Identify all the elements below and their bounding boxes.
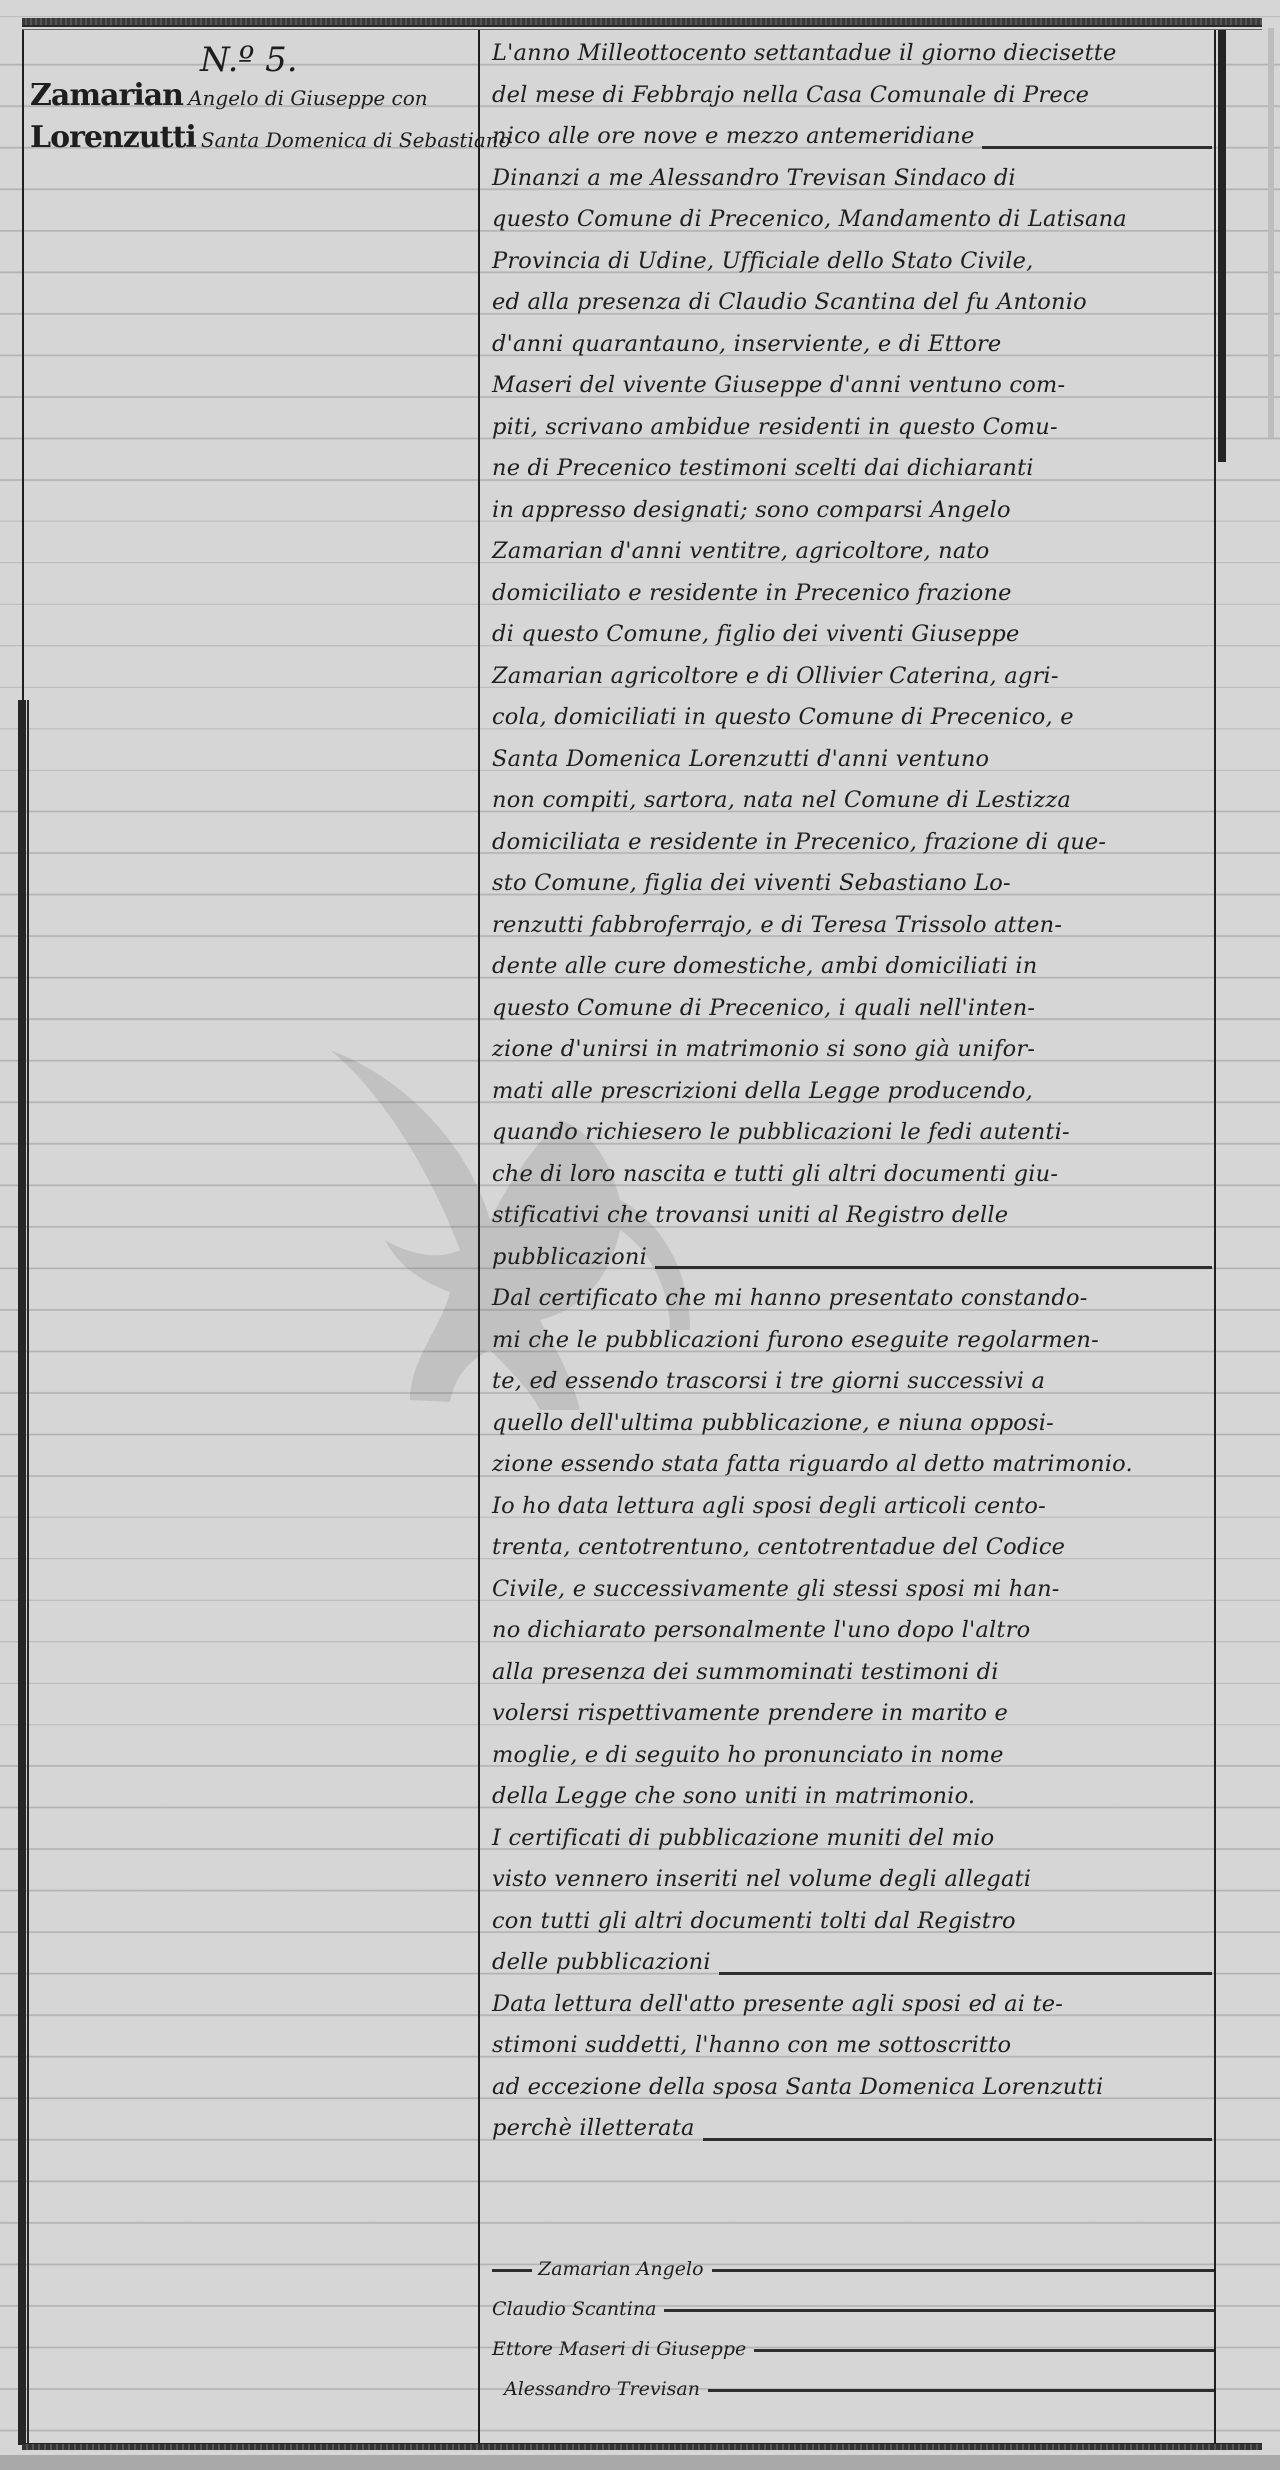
top-border-rule <box>22 18 1262 27</box>
text-line-content: sto Comune, figlia dei viventi Sebastian… <box>492 863 1011 905</box>
text-line: d'anni quarantauno, inserviente, e di Et… <box>492 324 1212 366</box>
text-line-content: quello dell'ultima pubblicazione, e niun… <box>492 1403 1054 1445</box>
text-line-content: zione essendo stata fatta riguardo al de… <box>492 1444 1133 1486</box>
signature-name: Ettore Maseri di Giuseppe <box>492 2338 746 2360</box>
text-line: Santa Domenica Lorenzutti d'anni ventuno <box>492 739 1212 781</box>
text-line: questo Comune di Precenico, Mandamento d… <box>492 199 1212 241</box>
text-line: Zamarian agricoltore e di Ollivier Cater… <box>492 656 1212 698</box>
text-line-content: in appresso designati; sono comparsi Ang… <box>492 490 1011 532</box>
groom-surname: Zamarian <box>30 78 183 113</box>
text-line-content: Dal certificato che mi hanno presentato … <box>492 1278 1088 1320</box>
text-line-content: piti, scrivano ambidue residenti in ques… <box>492 407 1058 449</box>
signature-name: Claudio Scantina <box>492 2298 656 2320</box>
text-line-content: Data lettura dell'atto presente agli spo… <box>492 1984 1063 2026</box>
text-line-content: L'anno Milleottocento settantadue il gio… <box>492 33 1117 75</box>
text-line: visto vennero inseriti nel volume degli … <box>492 1859 1212 1901</box>
register-page: N.º 5. Zamarian Angelo di Giuseppe con L… <box>0 0 1280 2455</box>
top-border-thin-rule <box>22 29 1262 30</box>
left-margin-line <box>22 30 24 700</box>
text-line: cola, domiciliati in questo Comune di Pr… <box>492 697 1212 739</box>
text-line: mi che le pubblicazioni furono eseguite … <box>492 1320 1212 1362</box>
signature-rule <box>712 2269 1214 2272</box>
text-line-content: visto vennero inseriti nel volume degli … <box>492 1859 1031 1901</box>
marriage-act-text: L'anno Milleottocento settantadue il gio… <box>492 33 1212 2150</box>
page-edge <box>1268 28 1274 438</box>
text-line-content: che di loro nascita e tutti gli altri do… <box>492 1154 1058 1196</box>
text-line: no dichiarato personalmente l'uno dopo l… <box>492 1610 1212 1652</box>
text-line-content: no dichiarato personalmente l'uno dopo l… <box>492 1610 1030 1652</box>
text-line: Io ho data lettura agli sposi degli arti… <box>492 1486 1212 1528</box>
text-line-content: questo Comune di Precenico, i quali nell… <box>492 988 1035 1030</box>
text-line-content: Zamarian d'anni ventitre, agricoltore, n… <box>492 531 989 573</box>
text-line: ad eccezione della sposa Santa Domenica … <box>492 2067 1212 2109</box>
text-line: mati alle prescrizioni della Legge produ… <box>492 1071 1212 1113</box>
text-line: domiciliato e residente in Precenico fra… <box>492 573 1212 615</box>
text-line-content: volersi rispettivamente prendere in mari… <box>492 1693 1008 1735</box>
signature-line: Claudio Scantina <box>492 2280 1214 2320</box>
text-line: stificativi che trovansi uniti al Regist… <box>492 1195 1212 1237</box>
text-line-content: ed alla presenza di Claudio Scantina del… <box>492 282 1087 324</box>
text-line-content: questo Comune di Precenico, Mandamento d… <box>492 199 1127 241</box>
right-margin-line <box>1214 30 1216 2445</box>
line-filler-rule <box>655 1266 1212 1269</box>
text-line: Dinanzi a me Alessandro Trevisan Sindaco… <box>492 158 1212 200</box>
text-line-content: non compiti, sartora, nata nel Comune di… <box>492 780 1071 822</box>
text-line-content: della Legge che sono uniti in matrimonio… <box>492 1776 975 1818</box>
text-line-content: stimoni suddetti, l'hanno con me sottosc… <box>492 2025 1011 2067</box>
text-line: dente alle cure domestiche, ambi domicil… <box>492 946 1212 988</box>
text-line-content: domiciliata e residente in Precenico, fr… <box>492 822 1106 864</box>
text-line-content: cola, domiciliati in questo Comune di Pr… <box>492 697 1074 739</box>
text-line: Maseri del vivente Giuseppe d'anni ventu… <box>492 365 1212 407</box>
signature-block: Zamarian AngeloClaudio ScantinaEttore Ma… <box>492 2240 1214 2400</box>
text-line-content: renzutti fabbroferrajo, e di Teresa Tris… <box>492 905 1062 947</box>
text-line: Zamarian d'anni ventitre, agricoltore, n… <box>492 531 1212 573</box>
text-line: Data lettura dell'atto presente agli spo… <box>492 1984 1212 2026</box>
text-line-content: alla presenza dei summominati testimoni … <box>492 1652 999 1694</box>
text-line-content: mi che le pubblicazioni furono eseguite … <box>492 1320 1099 1362</box>
text-line: ed alla presenza di Claudio Scantina del… <box>492 282 1212 324</box>
signature-line: Alessandro Trevisan <box>492 2360 1214 2400</box>
text-line-content: stificativi che trovansi uniti al Regist… <box>492 1195 1008 1237</box>
text-line: Dal certificato che mi hanno presentato … <box>492 1278 1212 1320</box>
text-line-content: moglie, e di seguito ho pronunciato in n… <box>492 1735 1004 1777</box>
text-line: quello dell'ultima pubblicazione, e niun… <box>492 1403 1212 1445</box>
text-line-content: ad eccezione della sposa Santa Domenica … <box>492 2067 1103 2109</box>
text-line-content: te, ed essendo trascorsi i tre giorni su… <box>492 1361 1045 1403</box>
bride-heading: Lorenzutti Santa Domenica di Sebastiano <box>30 120 511 155</box>
bride-given-name: Santa Domenica di Sebastiano <box>201 128 511 152</box>
text-line-content: mati alle prescrizioni della Legge produ… <box>492 1071 1033 1113</box>
act-number: N.º 5. <box>200 40 298 80</box>
left-margin-inner-line <box>27 700 29 2445</box>
text-line-content: Dinanzi a me Alessandro Trevisan Sindaco… <box>492 158 1016 200</box>
text-line: della Legge che sono uniti in matrimonio… <box>492 1776 1212 1818</box>
text-line: in appresso designati; sono comparsi Ang… <box>492 490 1212 532</box>
text-line: quando richiesero le pubblicazioni le fe… <box>492 1112 1212 1154</box>
text-line: del mese di Febbrajo nella Casa Comunale… <box>492 75 1212 117</box>
text-line-content: Maseri del vivente Giuseppe d'anni ventu… <box>492 365 1065 407</box>
text-line: domiciliata e residente in Precenico, fr… <box>492 822 1212 864</box>
text-line: con tutti gli altri documenti tolti dal … <box>492 1901 1212 1943</box>
text-line-content: Provincia di Udine, Ufficiale dello Stat… <box>492 241 1034 283</box>
text-line: Provincia di Udine, Ufficiale dello Stat… <box>492 241 1212 283</box>
text-line: trenta, centotrentuno, centotrentadue de… <box>492 1527 1212 1569</box>
text-line: di questo Comune, figlio dei viventi Giu… <box>492 614 1212 656</box>
signature-name: Alessandro Trevisan <box>504 2378 700 2400</box>
line-filler-rule <box>719 1972 1212 1975</box>
text-line-content: ne di Precenico testimoni scelti dai dic… <box>492 448 1034 490</box>
groom-given-name: Angelo di Giuseppe con <box>188 86 428 110</box>
text-line-content: zione d'unirsi in matrimonio si sono già… <box>492 1029 1035 1071</box>
text-line: piti, scrivano ambidue residenti in ques… <box>492 407 1212 449</box>
text-line-content: quando richiesero le pubblicazioni le fe… <box>492 1112 1070 1154</box>
text-line-content: trenta, centotrentuno, centotrentadue de… <box>492 1527 1065 1569</box>
text-line: L'anno Milleottocento settantadue il gio… <box>492 33 1212 75</box>
text-line-content: Zamarian agricoltore e di Ollivier Cater… <box>492 656 1059 698</box>
scan-bottom-edge <box>0 2455 1280 2470</box>
text-line: non compiti, sartora, nata nel Comune di… <box>492 780 1212 822</box>
text-line-content: perchè illetterata <box>492 2108 695 2150</box>
text-line-content: di questo Comune, figlio dei viventi Giu… <box>492 614 1020 656</box>
bride-surname: Lorenzutti <box>30 120 196 155</box>
text-line: che di loro nascita e tutti gli altri do… <box>492 1154 1212 1196</box>
right-margin-thick-line <box>1218 30 1226 462</box>
text-line-content: d'anni quarantauno, inserviente, e di Et… <box>492 324 1001 366</box>
bottom-border-rule <box>22 2443 1262 2450</box>
signature-rule <box>664 2309 1214 2312</box>
text-line-content: nico alle ore nove e mezzo antemeridiane <box>492 116 974 158</box>
text-line: delle pubblicazioni <box>492 1942 1212 1984</box>
text-line: renzutti fabbroferrajo, e di Teresa Tris… <box>492 905 1212 947</box>
text-line: questo Comune di Precenico, i quali nell… <box>492 988 1212 1030</box>
text-line: te, ed essendo trascorsi i tre giorni su… <box>492 1361 1212 1403</box>
signature-rule <box>754 2349 1214 2352</box>
text-line-content: Io ho data lettura agli sposi degli arti… <box>492 1486 1046 1528</box>
text-line-content: Santa Domenica Lorenzutti d'anni ventuno <box>492 739 989 781</box>
signature-lead-rule <box>492 2269 532 2272</box>
groom-heading: Zamarian Angelo di Giuseppe con <box>30 78 428 113</box>
text-line-content: con tutti gli altri documenti tolti dal … <box>492 1901 1016 1943</box>
text-line: stimoni suddetti, l'hanno con me sottosc… <box>492 2025 1212 2067</box>
text-line: moglie, e di seguito ho pronunciato in n… <box>492 1735 1212 1777</box>
text-line: volersi rispettivamente prendere in mari… <box>492 1693 1212 1735</box>
text-line: nico alle ore nove e mezzo antemeridiane <box>492 116 1212 158</box>
text-line: zione essendo stata fatta riguardo al de… <box>492 1444 1212 1486</box>
text-line-content: pubblicazioni <box>492 1237 647 1279</box>
text-line: alla presenza dei summominati testimoni … <box>492 1652 1212 1694</box>
text-line-content: I certificati di pubblicazione muniti de… <box>492 1818 994 1860</box>
text-line: sto Comune, figlia dei viventi Sebastian… <box>492 863 1212 905</box>
text-line-content: delle pubblicazioni <box>492 1942 711 1984</box>
text-line-content: Civile, e successivamente gli stessi spo… <box>492 1569 1060 1611</box>
line-filler-rule <box>982 146 1212 149</box>
text-line: Civile, e successivamente gli stessi spo… <box>492 1569 1212 1611</box>
signature-rule <box>708 2389 1214 2392</box>
text-line: I certificati di pubblicazione muniti de… <box>492 1818 1212 1860</box>
text-line: pubblicazioni <box>492 1237 1212 1279</box>
signature-name: Zamarian Angelo <box>538 2258 704 2280</box>
text-line-content: dente alle cure domestiche, ambi domicil… <box>492 946 1037 988</box>
text-line: zione d'unirsi in matrimonio si sono già… <box>492 1029 1212 1071</box>
left-margin-thick-line <box>18 700 26 2445</box>
signature-line: Ettore Maseri di Giuseppe <box>492 2320 1214 2360</box>
line-filler-rule <box>703 2138 1212 2141</box>
text-line-content: domiciliato e residente in Precenico fra… <box>492 573 1012 615</box>
signature-line: Zamarian Angelo <box>492 2240 1214 2280</box>
text-line-content: del mese di Febbrajo nella Casa Comunale… <box>492 75 1089 117</box>
text-line: ne di Precenico testimoni scelti dai dic… <box>492 448 1212 490</box>
text-line: perchè illetterata <box>492 2108 1212 2150</box>
